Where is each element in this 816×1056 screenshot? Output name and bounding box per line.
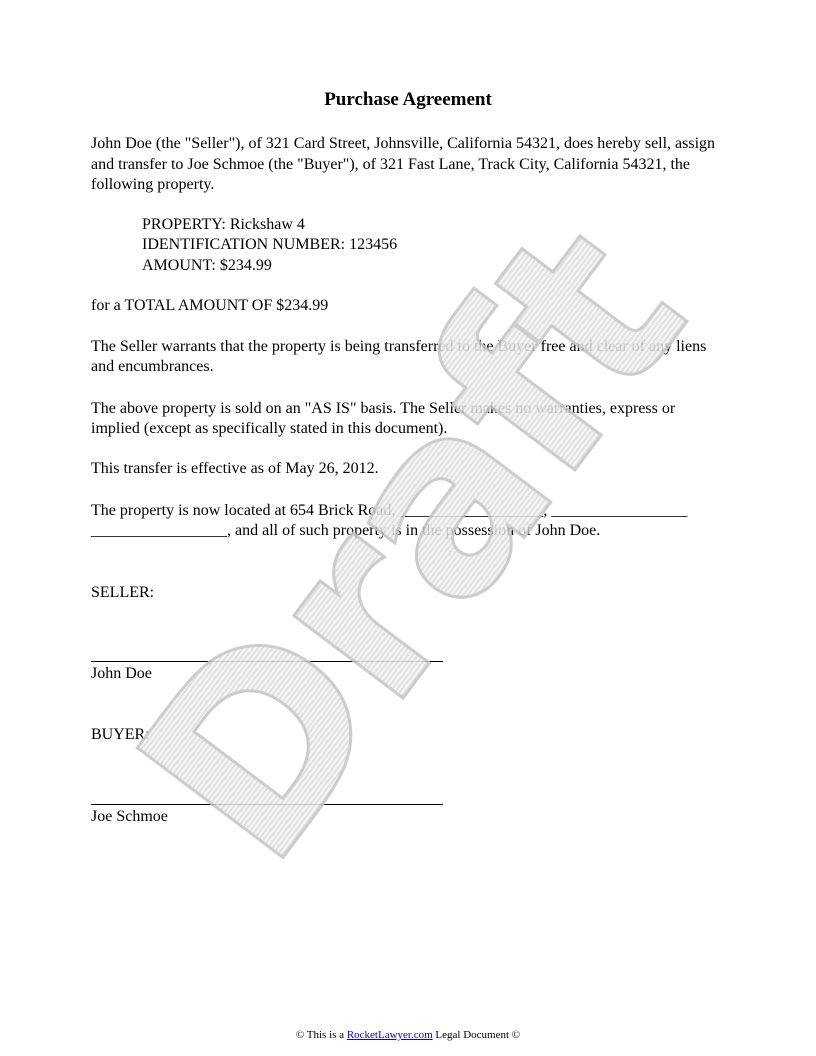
identification-line: IDENTIFICATION NUMBER: 123456	[142, 235, 397, 256]
seller-name: John Doe	[91, 664, 152, 685]
property-line: PROPERTY: Rickshaw 4	[142, 215, 305, 236]
document-title: Purchase Agreement	[0, 89, 816, 111]
buyer-signature-line	[91, 804, 443, 805]
intro-line-2: and transfer to Joe Schmoe (the "Buyer")…	[91, 155, 690, 176]
location-line-1: The property is now located at 654 Brick…	[91, 501, 687, 522]
draft-watermark: Draft	[84, 179, 736, 911]
as-is-line-2: implied (except as specifically stated i…	[91, 419, 447, 440]
location-line-2: _________________, and all of such prope…	[91, 521, 600, 542]
footer-prefix: © This is a	[296, 1029, 347, 1041]
intro-line-3: following property.	[91, 175, 214, 196]
warranty-line-2: and encumbrances.	[91, 357, 214, 378]
buyer-name: Joe Schmoe	[91, 807, 168, 828]
warranty-line-1: The Seller warrants that the property is…	[91, 337, 706, 358]
as-is-line-1: The above property is sold on an "AS IS"…	[91, 399, 675, 420]
seller-label: SELLER:	[91, 583, 154, 604]
rocketlawyer-link[interactable]: RocketLawyer.com	[347, 1029, 433, 1041]
intro-line-1: John Doe (the "Seller"), of 321 Card Str…	[91, 134, 715, 155]
amount-line: AMOUNT: $234.99	[142, 256, 272, 277]
total-amount-line: for a TOTAL AMOUNT OF $234.99	[91, 296, 328, 317]
document-page: Purchase Agreement John Doe (the "Seller…	[0, 0, 816, 1056]
footer: © This is a RocketLawyer.com Legal Docum…	[0, 1029, 816, 1041]
seller-signature-line	[91, 661, 443, 662]
effective-date-line: This transfer is effective as of May 26,…	[91, 459, 379, 480]
buyer-label: BUYER:	[91, 725, 150, 746]
footer-suffix: Legal Document ©	[433, 1029, 520, 1041]
